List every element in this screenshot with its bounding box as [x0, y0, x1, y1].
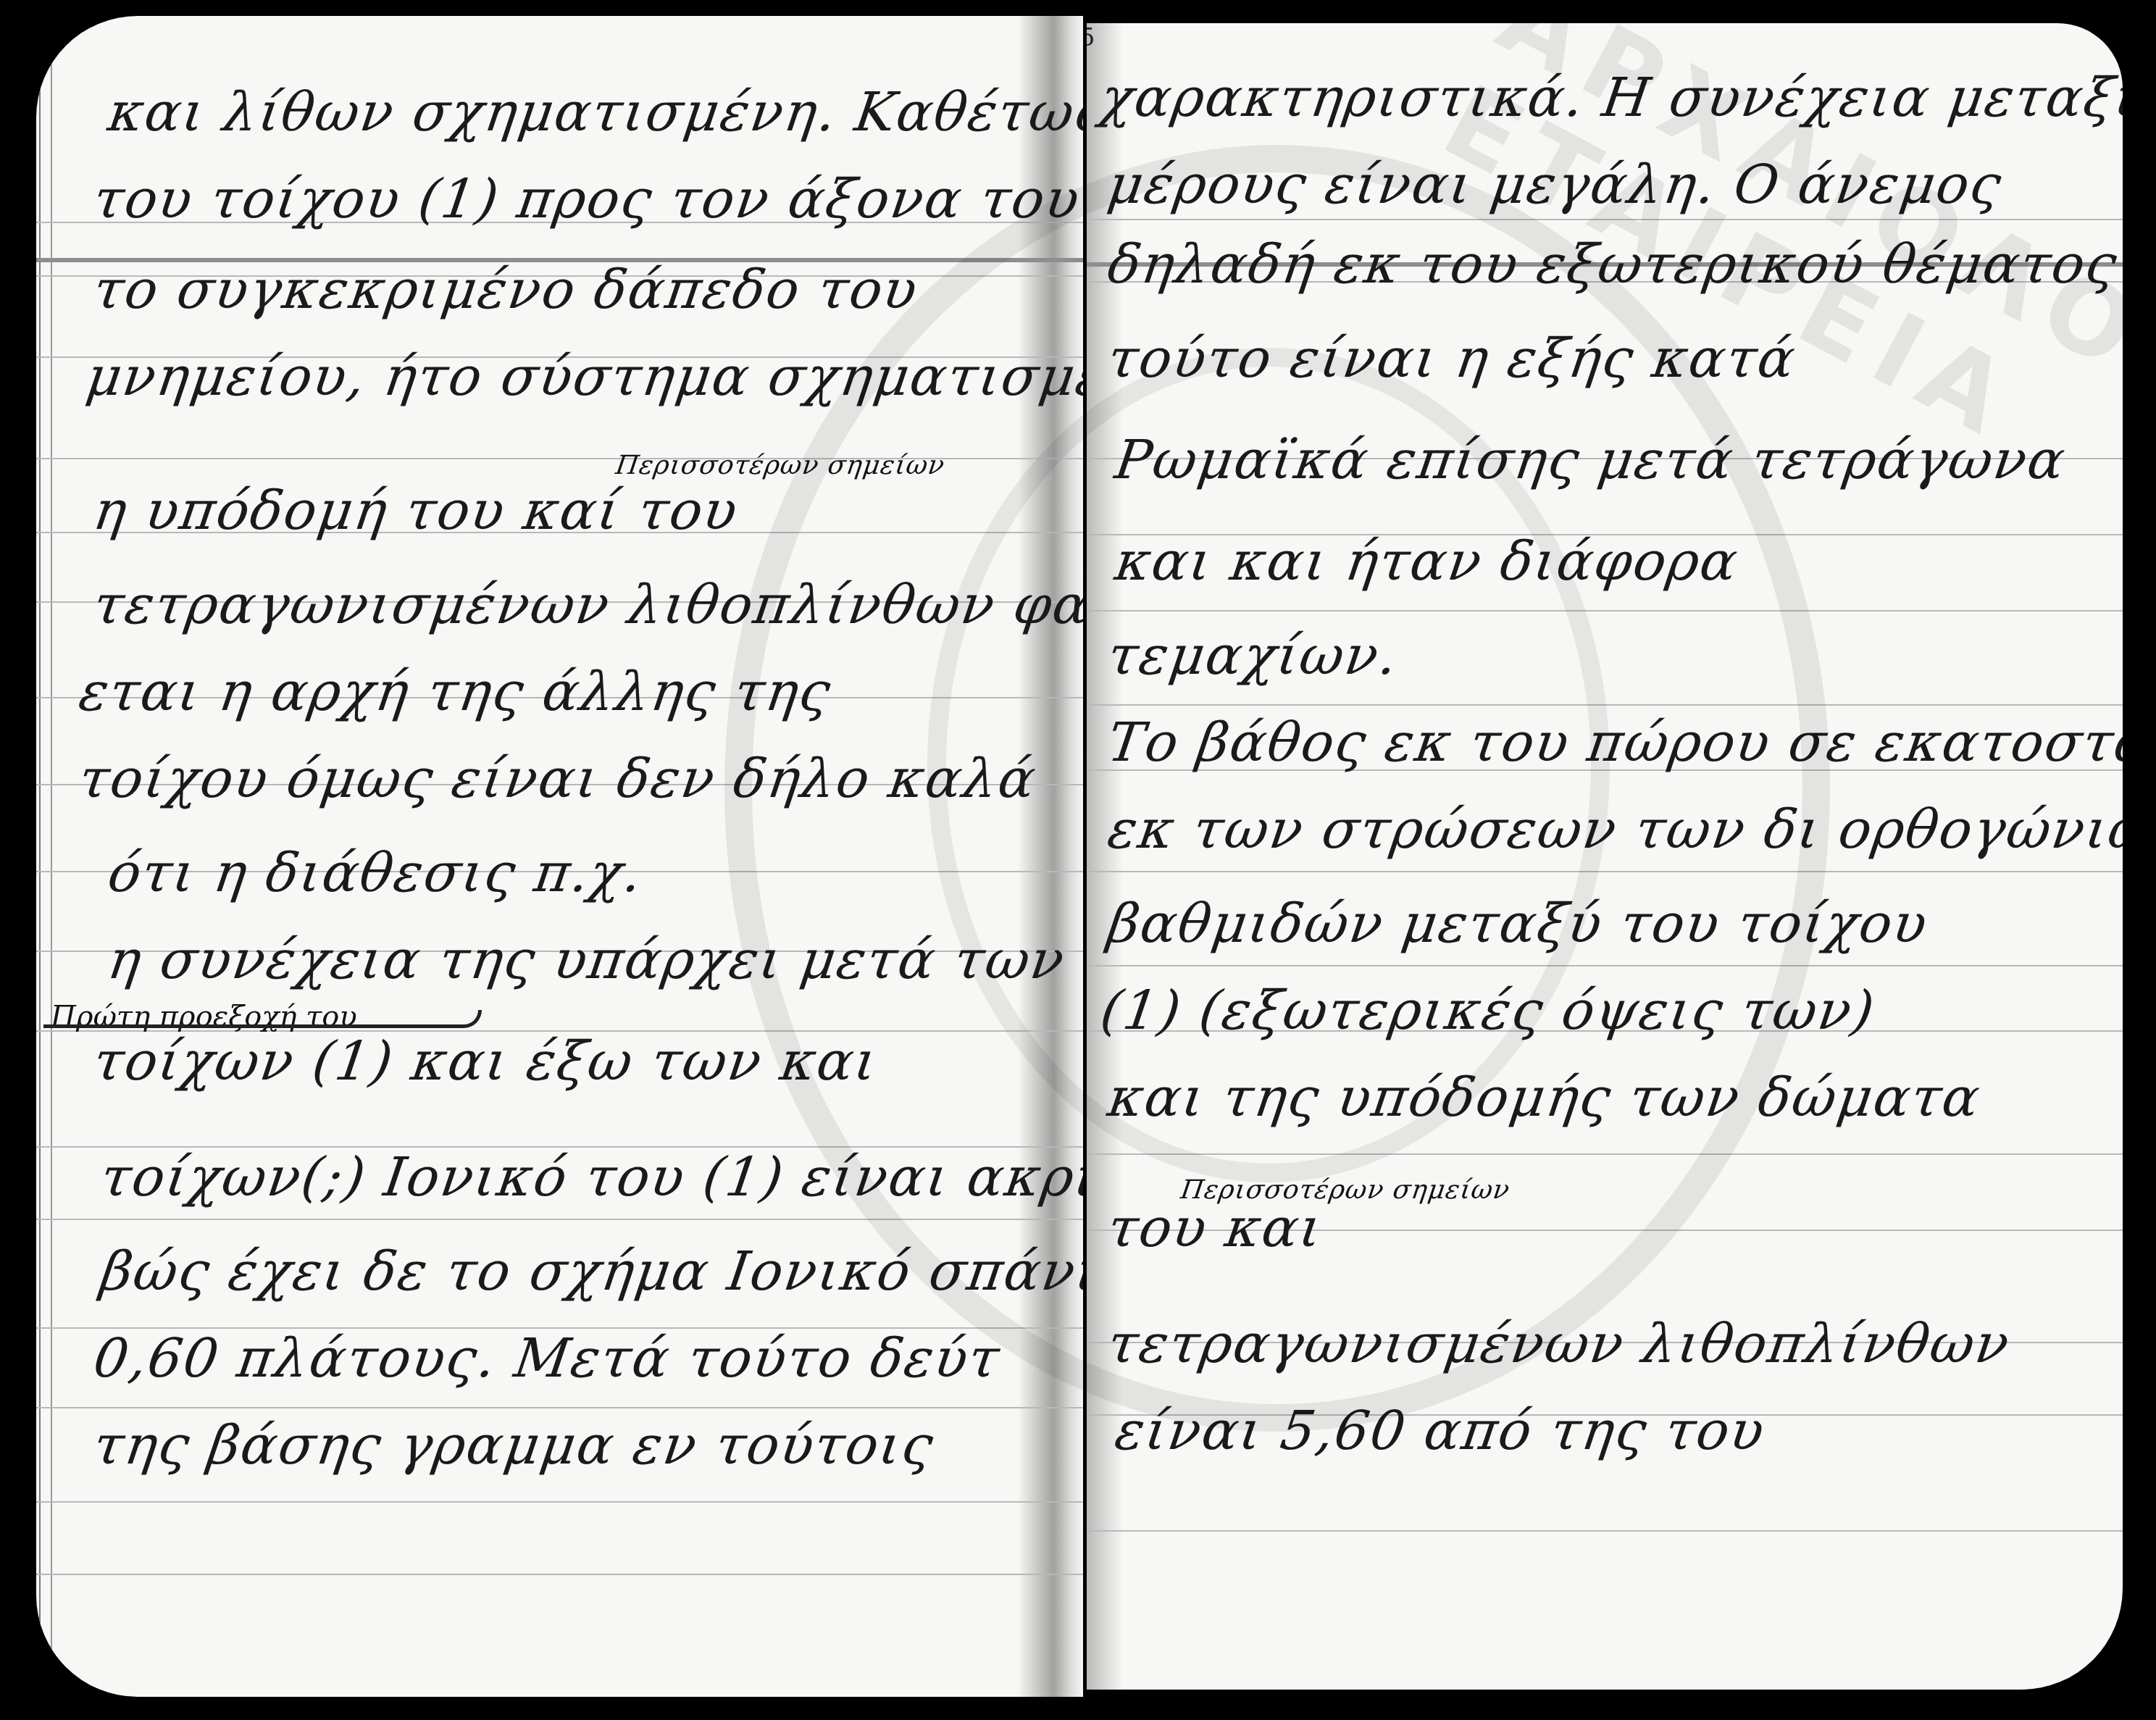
handwritten-line: 0,60 πλάτους. Μετά τούτο δεύτ: [90, 1327, 1004, 1390]
handwritten-line: της βάσης γραμμα εν τούτοις: [90, 1414, 938, 1477]
handwritten-line: του και: [1104, 1197, 1327, 1259]
left-notebook-page: και λίθων σχηματισμένη. Καθέτως του τοίχ…: [36, 16, 1083, 1697]
ruled-line: [36, 1501, 1083, 1503]
handwritten-line: το συγκεκριμένο δάπεδο του: [90, 259, 922, 321]
handwritten-line: ότι η διάθεσις π.χ.: [104, 842, 647, 904]
insertion-bracket: [43, 1010, 482, 1028]
handwritten-line: τοίχου όμως είναι δεν δήλο καλά: [75, 748, 1041, 810]
interlinear-note: Περισσοτέρων σημείων: [614, 451, 947, 480]
archive-seal-inner-ring: [927, 348, 1610, 1182]
handwritten-line: τετραγωνισμένων λιθοπλίνθων φαίν: [90, 574, 1083, 636]
handwritten-line: βώς έχει δε το σχήμα Ιονικό σπάνιας: [97, 1240, 1083, 1303]
handwritten-line: μνημείου, ήτο σύστημα σχηματισμένων: [83, 346, 1083, 408]
handwritten-line: η υπόδομή του καί του: [90, 480, 743, 542]
page-stack-edge: [39, 59, 52, 1653]
handwritten-line: η συνέχεια της υπάρχει μετά των: [104, 929, 1069, 991]
handwritten-line: τετραγωνισμένων λιθοπλίνθων: [1104, 1313, 2014, 1375]
page-corner-mark: 5: [1087, 23, 1095, 52]
handwritten-line: είναι 5,60 από της του: [1111, 1400, 1769, 1462]
ruled-line: [1087, 1530, 2123, 1532]
handwritten-line: τοίχων (1) και έξω των και: [90, 1030, 882, 1093]
ruled-line: [36, 1407, 1083, 1408]
handwritten-line: και λίθων σχηματισμένη. Καθέτως: [104, 81, 1083, 143]
ruled-line: [36, 1574, 1083, 1575]
handwritten-line: εται η αρχή της άλλης της: [75, 661, 835, 723]
ruled-line: [36, 1219, 1083, 1220]
handwritten-line: του τοίχου (1) προς τον άξονα του: [90, 168, 1083, 230]
handwritten-line: τοίχων(;) Ιονικό του (1) είναι ακρι: [97, 1146, 1083, 1208]
